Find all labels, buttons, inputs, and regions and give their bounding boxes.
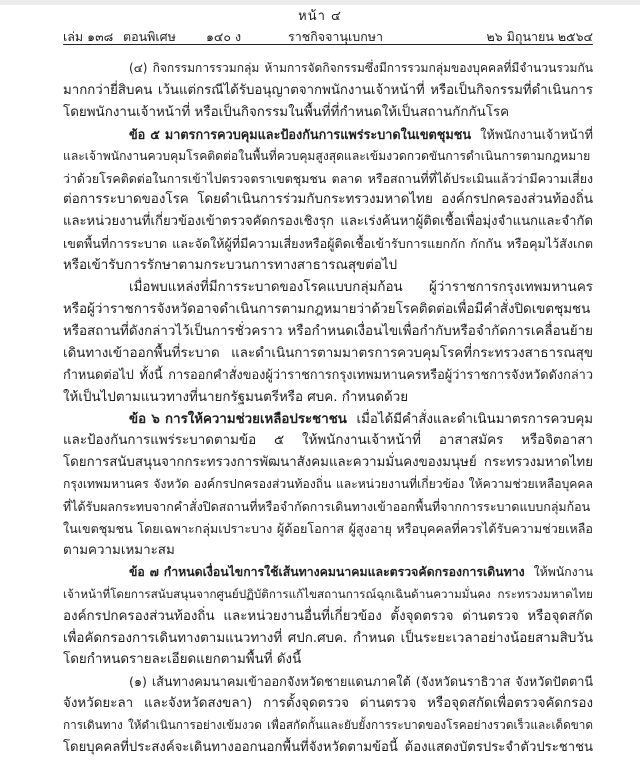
issue-number: ๑๔๐ ง [206,27,241,47]
text-line: ให้เป็นไปตามแนวทางที่นายกรัฐมนตรีหรือ ศบ… [63,387,593,409]
paragraph-cluster-outbreak: เมื่อพบแหล่งที่มีการระบาดของโรคแบบกลุ่มก… [63,277,593,408]
text-line: (๔) กิจกรรมการรวมกลุ่ม ห้ามการจัดกิจกรรม… [63,58,593,80]
clause-heading: ข้อ ๗ กำหนดเงื่อนไขการใช้เส้นทางคมนาคมแล… [129,565,525,579]
gazette-name: ราชกิจจานุเบกษา [288,27,383,47]
text-line: และหน่วยงานที่เกี่ยวข้องเข้าตรวจคัดกรองเ… [63,211,593,233]
paragraph-item-1: (๑) เส้นทางคมนาคมเข้าออกจังหวัดชายแดนภาค… [63,671,593,759]
text-line: เจ้าหน้าที่โดยการสนับสนุนจากศูนย์ปฏิบัติ… [63,584,593,606]
text-line: ข้อ ๖ การให้ความช่วยเหลือประชาชน เมื่อได… [63,409,593,431]
text-line: โดยการสนับสนุนจากกระทรวงการพัฒนาสังคมและ… [63,452,593,474]
text-line: เพื่อคัดกรองการเดินทางตามแนวทางที่ ศปก.ศ… [63,628,593,650]
text-line: องค์กรปกครองส่วนท้องถิ่น และหน่วยงานอื่น… [63,606,593,628]
text-line: โดยพนักงานเจ้าหน้าที่ หรือเป็นกิจกรรมในพ… [63,102,593,124]
text-line: หรือสถานที่ดังกล่าวไว้เป็นการชั่วคราว หร… [63,321,593,343]
text-line: กำหนดต่อไป ทั้งนี้ การออกคำสั่งของผู้ว่า… [63,365,593,387]
text-line: (๑) เส้นทางคมนาคมเข้าออกจังหวัดชายแดนภาค… [63,671,593,693]
clause-heading: ข้อ ๖ การให้ความช่วยเหลือประชาชน [129,412,347,427]
text-line: ข้อ ๗ กำหนดเงื่อนไขการใช้เส้นทางคมนาคมแล… [63,562,593,584]
document-body: (๔) กิจกรรมการรวมกลุ่ม ห้ามการจัดกิจกรรม… [63,58,593,759]
clause-heading: ข้อ ๕ มาตรการควบคุมและป้องกันการแพร่ระบา… [129,127,471,142]
text-line: ต่อการระบาดของโรค โดยดำเนินการร่วมกับกระ… [63,189,593,211]
text-line: และป้องกันการแพร่ระบาดตามข้อ ๕ ให้พนักงา… [63,430,593,452]
text-line: การเดินทาง ให้ดำเนินการอย่างเข้มงวด เพื่… [63,715,593,737]
text-line: หรือเข้ารับการรักษาตามกระบวนการทางสาธารณ… [63,255,593,277]
text-line: มากกว่ายี่สิบคน เว้นแต่กรณีได้รับอนุญาตจ… [63,80,593,102]
text-line: ว่าด้วยโรคติดต่อในการเข้าไปตรวจตราเขตชุม… [63,168,593,190]
text-line: จังหวัดยะลา และจังหวัดสงขลา) การตั้งจุดต… [63,693,593,715]
text-line: และเจ้าพนักงานควบคุมโรคติดต่อในพื้นที่คว… [63,146,593,168]
text-line: ข้อ ๕ มาตรการควบคุมและป้องกันการแพร่ระบา… [63,124,593,146]
clause-5: ข้อ ๕ มาตรการควบคุมและป้องกันการแพร่ระบา… [63,124,593,277]
clause-6: ข้อ ๖ การให้ความช่วยเหลือประชาชน เมื่อได… [63,409,593,562]
text-line: เขตพื้นที่การระบาด และจัดให้ผู้ที่มีความ… [63,233,593,255]
issue-label: ตอนพิเศษ [123,27,176,47]
text-line: เดินทางเข้าออกพื้นที่ระบาด และดำเนินการต… [63,343,593,365]
gazette-header: เล่ม ๑๓๘ ตอนพิเศษ ๑๔๐ ง ราชกิจจานุเบกษา … [63,27,593,45]
text-line: หรือผู้ว่าราชการจังหวัดอาจดำเนินการตามกฎ… [63,299,593,321]
page-number: หน้า ๔ [0,5,640,26]
text-line: ตามความเหมาะสม [63,540,593,562]
text-line: ในเขตชุมชน โดยเฉพาะกลุ่มเปราะบาง ผู้ด้อย… [63,518,593,540]
text-line: กรุงเทพมหานคร จังหวัด องค์กรปกครองส่วนท้… [63,474,593,496]
paragraph-item-4: (๔) กิจกรรมการรวมกลุ่ม ห้ามการจัดกิจกรรม… [63,58,593,124]
text-line: เมื่อพบแหล่งที่มีการระบาดของโรคแบบกลุ่มก… [63,277,593,299]
text-line: โดยบุคคลที่ประสงค์จะเดินทางออกนอกพื้นที่… [63,737,593,759]
text-line: ที่ได้รับผลกระทบจากคำสั่งปิดสถานที่หรือจ… [63,496,593,518]
text-line: โดยกำหนดรายละเอียดแยกตามพื้นที่ ดังนี้ [63,649,593,671]
publication-date: ๒๖ มิถุนายน ๒๕๖๔ [487,27,593,47]
clause-7: ข้อ ๗ กำหนดเงื่อนไขการใช้เส้นทางคมนาคมแล… [63,562,593,672]
volume-number: เล่ม ๑๓๘ [63,27,113,47]
